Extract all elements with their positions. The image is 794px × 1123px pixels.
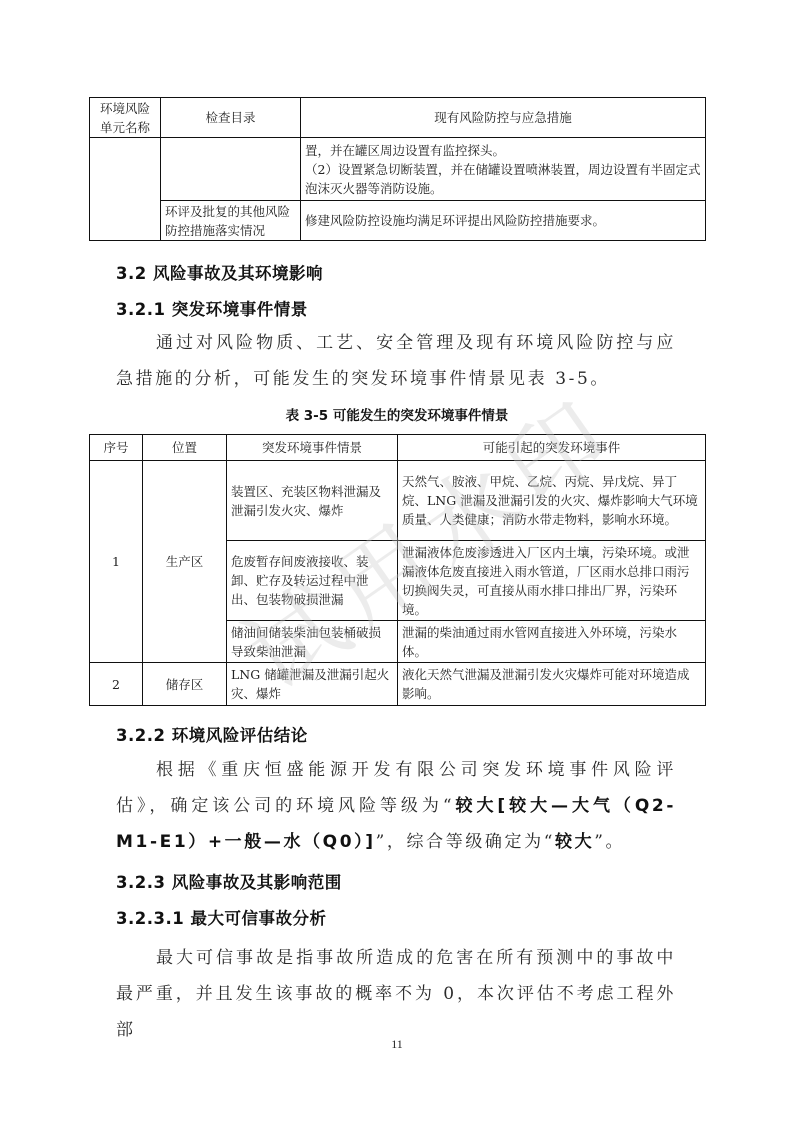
risk-level-overall: 较大 xyxy=(555,832,594,852)
cell-event: 泄漏的柴油通过雨水管网直接进入外环境，污染水体。 xyxy=(398,621,706,663)
event-scenario-table: 序号 位置 突发环境事件情景 可能引起的突发环境事件 1 生产区 装置区、充装区… xyxy=(89,434,706,706)
cell-scenario: LNG 储罐泄漏及泄漏引起火灾、爆炸 xyxy=(227,663,398,706)
table-header-row: 环境风险单元名称 检查目录 现有风险防控与应急措施 xyxy=(90,98,706,138)
cell-unit xyxy=(90,138,161,241)
header-measures: 现有风险防控与应急措施 xyxy=(301,98,706,138)
table-header-row: 序号 位置 突发环境事件情景 可能引起的突发环境事件 xyxy=(90,435,706,461)
cell-location: 储存区 xyxy=(143,663,227,706)
cell-measures: 修建风险防控设施均满足环评提出风险防控措施要求。 xyxy=(301,201,706,241)
paragraph-max-credible-accident: 最大可信事故是指事故所造成的危害在所有预测中的事故中最严重，并且发生该事故的概率… xyxy=(116,940,676,1048)
cell-scenario: 危废暂存间废液接收、装卸、贮存及转运过程中泄出、包装物破损泄漏 xyxy=(227,541,398,621)
cell-item: 环评及批复的其他风险防控措施落实情况 xyxy=(161,201,301,241)
table-row: 1 生产区 装置区、充装区物料泄漏及泄漏引发火灾、爆炸 天然气、胺液、甲烷、乙烷… xyxy=(90,461,706,541)
cell-scenario: 装置区、充装区物料泄漏及泄漏引发火灾、爆炸 xyxy=(227,461,398,541)
heading-3-2-2: 3.2.2 环境风险评估结论 xyxy=(116,722,308,746)
cell-event: 液化天然气泄漏及泄漏引发火灾爆炸可能对环境造成影响。 xyxy=(398,663,706,706)
heading-3-2-1: 3.2.1 突发环境事件情景 xyxy=(116,296,308,320)
paragraph-intro: 通过对风险物质、工艺、安全管理及现有环境风险防控与应急措施的分析，可能发生的突发… xyxy=(116,325,676,397)
cell-no: 1 xyxy=(90,461,143,663)
conclusion-text-c: ”。 xyxy=(594,832,625,852)
cell-measures: 置，并在罐区周边设置有监控探头。 （2）设置紧急切断装置，并在储罐设置喷淋装置，… xyxy=(301,138,706,201)
header-location: 位置 xyxy=(143,435,227,461)
header-event: 可能引起的突发环境事件 xyxy=(398,435,706,461)
header-scenario: 突发环境事件情景 xyxy=(227,435,398,461)
cell-event: 泄漏液体危废渗透进入厂区内土壤，污染环境。或泄漏液体危废直接进入雨水管道，厂区雨… xyxy=(398,541,706,621)
table-row: 2 储存区 LNG 储罐泄漏及泄漏引起火灾、爆炸 液化天然气泄漏及泄漏引发火灾爆… xyxy=(90,663,706,706)
header-unit: 环境风险单元名称 xyxy=(90,98,161,138)
table-row: 环评及批复的其他风险防控措施落实情况 修建风险防控设施均满足环评提出风险防控措施… xyxy=(90,201,706,241)
table-caption: 表 3-5 可能发生的突发环境事件情景 xyxy=(0,404,794,424)
heading-3-2-3-1: 3.2.3.1 最大可信事故分析 xyxy=(116,905,326,929)
page-number: 11 xyxy=(0,1037,794,1052)
heading-3-2-3: 3.2.3 风险事故及其影响范围 xyxy=(116,869,342,893)
cell-location: 生产区 xyxy=(143,461,227,663)
cell-no: 2 xyxy=(90,663,143,706)
risk-control-table: 环境风险单元名称 检查目录 现有风险防控与应急措施 置，并在罐区周边设置有监控探… xyxy=(89,97,706,241)
header-item: 检查目录 xyxy=(161,98,301,138)
cell-scenario: 储油间储装柴油包装桶破损导致柴油泄漏 xyxy=(227,621,398,663)
document-page: 环境风险单元名称 检查目录 现有风险防控与应急措施 置，并在罐区周边设置有监控探… xyxy=(0,0,794,1123)
conclusion-text-b: ”，综合等级确定为“ xyxy=(376,832,555,852)
cell-event: 天然气、胺液、甲烷、乙烷、丙烷、异戊烷、异丁烷、LNG 泄漏及泄漏引发的火灾、爆… xyxy=(398,461,706,541)
table-row: 置，并在罐区周边设置有监控探头。 （2）设置紧急切断装置，并在储罐设置喷淋装置，… xyxy=(90,138,706,201)
heading-3-2: 3.2 风险事故及其环境影响 xyxy=(116,260,323,284)
paragraph-conclusion: 根据《重庆恒盛能源开发有限公司突发环境事件风险评估》，确定该公司的环境风险等级为… xyxy=(116,752,676,860)
header-no: 序号 xyxy=(90,435,143,461)
cell-item xyxy=(161,138,301,201)
